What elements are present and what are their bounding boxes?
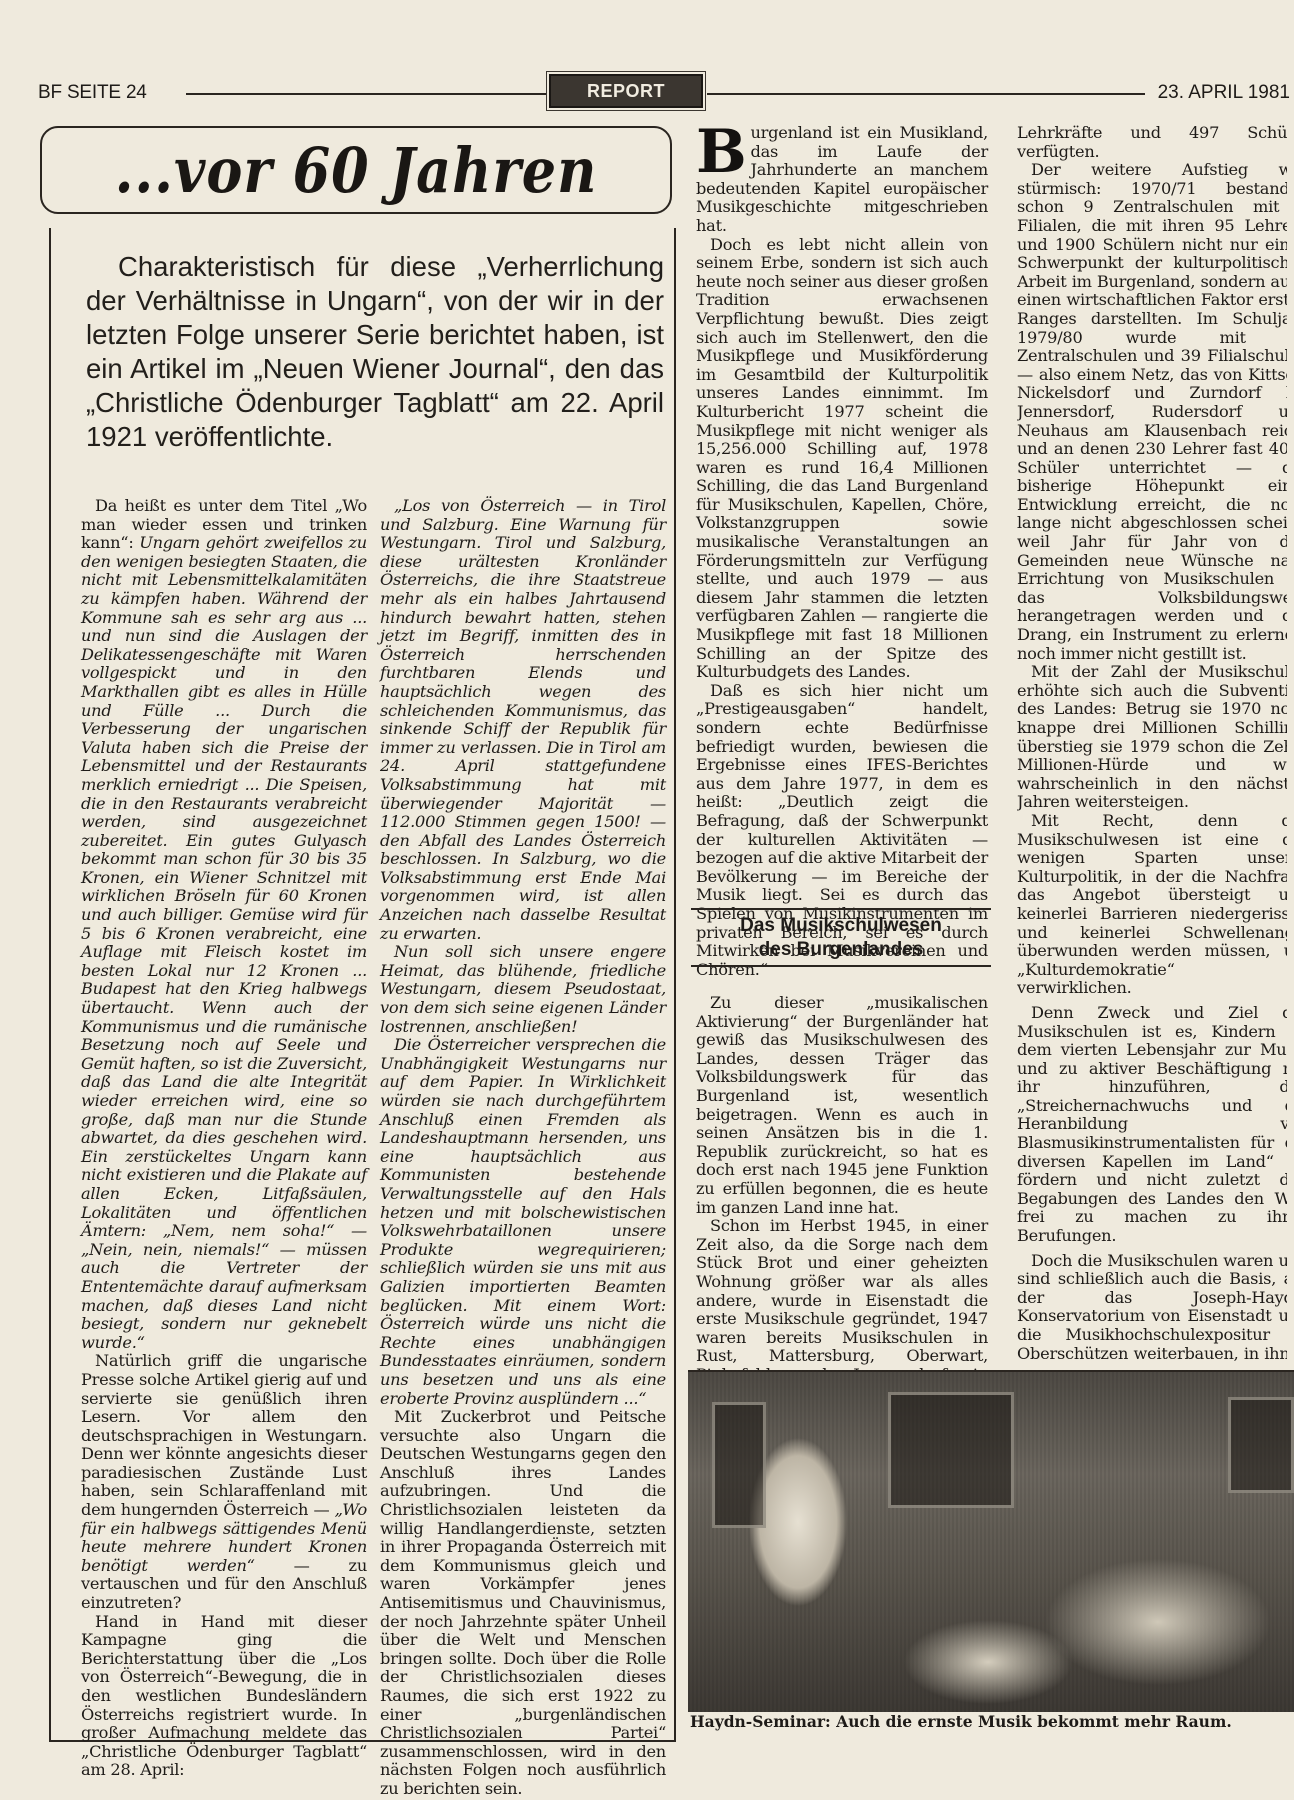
- article-title-box: ...vor 60 Jahren: [40, 126, 672, 214]
- quote-paragraph: Die Österreicher versprechen die Unabhän…: [380, 1036, 666, 1408]
- photo-window-shape: [712, 1402, 766, 1528]
- article-column-2: „Los von Österreich — in Tirol und Salzb…: [380, 497, 666, 1799]
- paragraph: Da heißt es unter dem Titel „Wo man wied…: [81, 497, 367, 1352]
- page-label: BF SEITE 24: [38, 82, 147, 104]
- paragraph: Mit der Zahl der Musikschulen erhöhte si…: [1017, 663, 1287, 812]
- paragraph: Doch es lebt nicht allein von seinem Erb…: [696, 236, 988, 682]
- issue-date: 23. APRIL 1981: [1158, 82, 1290, 104]
- header-rule-right: [707, 93, 1145, 95]
- photo-window-shape: [888, 1392, 1014, 1508]
- subheading-line-2: des Burgenlandes: [691, 938, 991, 962]
- paragraph: Mit Recht, denn das Musikschulwesen ist …: [1017, 812, 1287, 998]
- photo-window-shape: [1228, 1397, 1294, 1493]
- paragraph: Doch die Musikschulen waren und sind sch…: [1017, 1252, 1287, 1364]
- paragraph: Mit Zuckerbrot und Peitsche versuchte al…: [380, 1408, 666, 1798]
- sidebar-subheading: Das Musikschulwesen des Burgenlandes: [691, 908, 991, 967]
- drop-cap: B: [696, 126, 746, 178]
- quote-paragraph: Nun soll sich unsere engere Heimat, das …: [380, 943, 666, 1036]
- sidebar-column-1: Burgenland ist ein Musikland, das im Lau…: [696, 124, 988, 979]
- article-column-1: Da heißt es unter dem Titel „Wo man wied…: [81, 497, 367, 1780]
- photo-caption: Haydn-Seminar: Auch die ernste Musik bek…: [690, 1712, 1290, 1731]
- sidebar-column-2: Lehrkräfte und 497 Schüler verfügten. De…: [1017, 124, 1287, 1364]
- paragraph-text: Natürlich griff die ungarische Presse so…: [81, 1351, 367, 1519]
- quote-text: Ungarn gehört zweifellos zu den wenigen …: [81, 533, 367, 1352]
- header-rule-left: [186, 93, 546, 95]
- orchestra-photo: [688, 1370, 1294, 1712]
- paragraph: Hand in Hand mit dieser Kampagne ging di…: [81, 1613, 367, 1780]
- subheading-line-1: Das Musikschulwesen: [691, 914, 991, 938]
- sidebar-column-1-continued: Zu dieser „musikalischen Aktivierung“ de…: [696, 994, 988, 1403]
- quote-paragraph: „Los von Österreich — in Tirol und Salzb…: [380, 497, 666, 943]
- paragraph: Zu dieser „musikalischen Aktivierung“ de…: [696, 994, 988, 1217]
- article-title: ...vor 60 Jahren: [115, 133, 598, 207]
- paragraph: Burgenland ist ein Musikland, das im Lau…: [696, 124, 988, 236]
- paragraph: Der weitere Aufstieg war stürmisch: 1970…: [1017, 161, 1287, 663]
- paragraph: Natürlich griff die ungarische Presse so…: [81, 1352, 367, 1612]
- article-lead: Charakteristisch für diese „Verherrlichu…: [86, 250, 664, 454]
- paragraph: Lehrkräfte und 497 Schüler verfügten.: [1017, 124, 1287, 161]
- paragraph: Denn Zweck und Ziel der Musikschulen ist…: [1017, 1004, 1287, 1246]
- section-badge: REPORT: [549, 74, 703, 108]
